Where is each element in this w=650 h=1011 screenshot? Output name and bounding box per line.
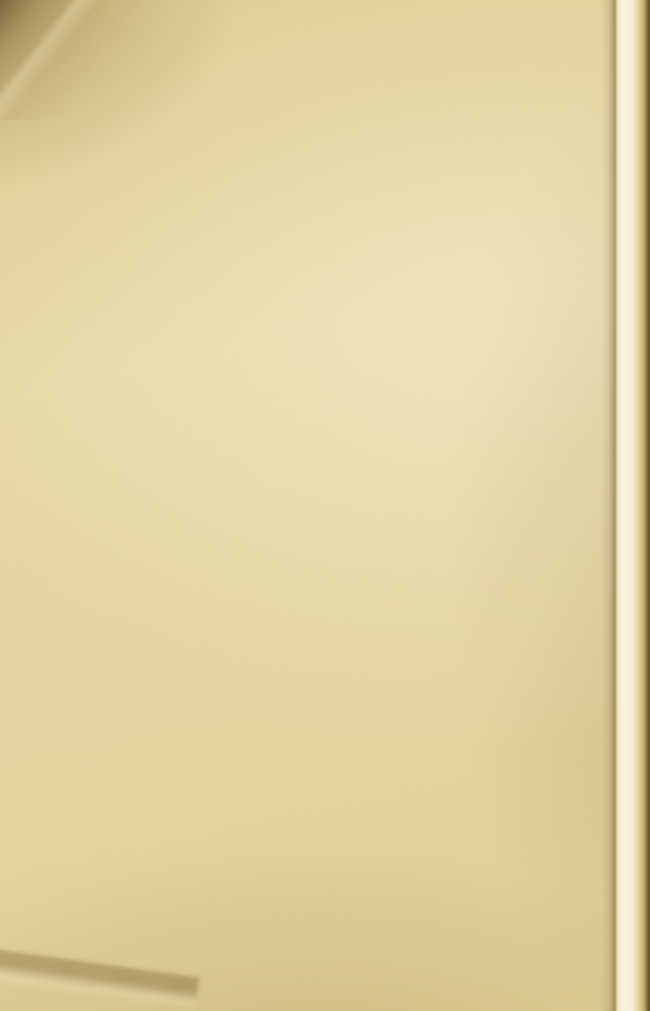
printed-content: 26 Messrs. Hedgecock and Brooker next de… xyxy=(0,144,650,702)
text-line: was more felt owing to the fact that oth… xyxy=(0,396,650,414)
paragraph-news-quote: “ Mr. J. Percy Gates, Architect of New S… xyxy=(0,486,650,702)
scanned-book-page: he knows quite what to do with. A many t… xyxy=(0,0,650,1011)
text-line: the Staffordshire C C. and was compelled… xyxy=(0,270,650,288)
bleedthrough-text: considered next best. xyxy=(0,126,190,144)
text-line: and stated that the departure of J.P.G. … xyxy=(0,324,650,342)
heading-three-times-three: THREE TIMES THREE, xyxy=(0,432,650,450)
paragraph-praise: Messrs. Hedgecock and Brooker next deser… xyxy=(0,162,650,180)
text-line: elors’ Club of New Shoreham, a few eveni… xyxy=(0,540,650,558)
paragraph-farewell: Scarcely had the Club recovered from its… xyxy=(0,234,650,432)
text-line: regretted by all the fraternity, but he … xyxy=(0,342,650,360)
bleedthrough-text: there are to open for all comers in the … xyxy=(0,108,520,126)
bleedthrough-text: the society a plan whereby Governman lad… xyxy=(0,36,510,54)
heading-for-jpg: FOR J.P.G. xyxy=(0,450,650,468)
foxing-spot xyxy=(0,732,9,741)
text-line: Staffordshire County Council was enterta… xyxy=(0,522,650,540)
bleedthrough-text: continue of the club that xyxy=(0,54,210,72)
text-line: Independent Bachelors of Portus Adurni, … xyxy=(0,648,650,666)
text-line: Messrs. Hedgecock and Brooker next deser… xyxy=(0,162,650,180)
text-line: feelings of delight to the days spent wi… xyxy=(0,630,650,648)
text-line: ponding, remarked that he should always … xyxy=(0,612,650,630)
source-attribution-line: From the “ Sussex Daily News.” xyxy=(0,468,650,486)
text-line: a farewell supper was arranged, at which… xyxy=(0,288,650,306)
text-line: were present. The Sachem delivered the f… xyxy=(0,306,650,324)
text-line: warmest good wishes for his success, J.P… xyxy=(0,360,650,378)
bleedthrough-text: he knows quite what to do with. xyxy=(0,0,330,18)
text-line: F. W. Eade proposed success to Mr. Gates… xyxy=(0,558,650,576)
bleedthrough-text: was arranged by the club this xyxy=(0,90,430,108)
bleedthrough-text: In the summer that followed, a grand lan… xyxy=(0,72,515,90)
text-line: sensation of the night. xyxy=(0,216,650,234)
page-fold-bottom-left xyxy=(0,949,199,1011)
foxing-spot xyxy=(0,722,11,732)
text-line: now keeping many members away, he closed… xyxy=(0,414,650,432)
text-line: with a series of Waverley Novels. Mr. Pe… xyxy=(0,594,650,612)
page-number: 26 xyxy=(0,144,650,162)
text-line: has just been appointed assistant County… xyxy=(0,504,650,522)
text-line: Scrivener, when J. P. G. obtained an app… xyxy=(0,252,650,270)
text-line: evening was spent, closing with the sing… xyxy=(0,666,650,684)
text-line: There were several clowns among the fanc… xyxy=(0,180,650,198)
table-surface-strip xyxy=(0,1000,650,1011)
text-line: Mr. A. A. Peggram dressed as Mephistophe… xyxy=(0,198,650,216)
foxing-spot xyxy=(0,751,18,781)
bleedthrough-text: A many take the back numbers introduced … xyxy=(0,18,510,36)
text-line: our Fraternity.” xyxy=(0,684,650,702)
foxing-spot xyxy=(0,702,14,714)
text-line: attendant at all meetings of the Club, h… xyxy=(0,378,650,396)
foxing-spot xyxy=(0,714,9,722)
text-line: Scarcely had the Club recovered from its… xyxy=(0,234,650,252)
text-line: appropriate remarks, presented him on be… xyxy=(0,576,650,594)
text-line: “ Mr. J. Percy Gates, Architect of New S… xyxy=(0,486,650,504)
foxing-spot xyxy=(0,741,10,751)
paragraph-clowns: There were several clowns among the fanc… xyxy=(0,180,650,234)
